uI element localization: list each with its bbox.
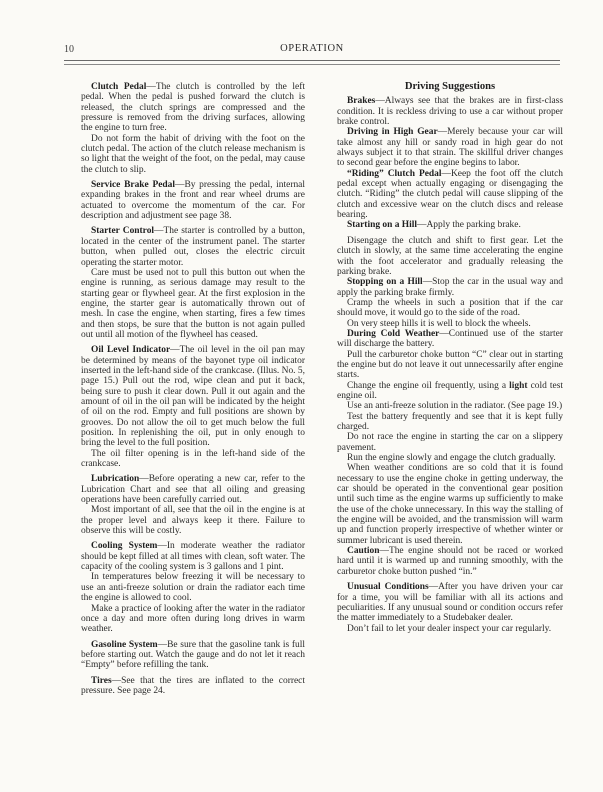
paragraph-text: On very steep hills it is well to block … xyxy=(347,319,531,329)
paragraph: Don’t fail to let your dealer inspect yo… xyxy=(337,624,563,634)
paragraph: Cramp the wheels in such a position that… xyxy=(337,298,563,319)
paragraph-text: Cramp the wheels in such a position that… xyxy=(337,298,563,318)
paragraph-text: —The oil level in the oil pan may be det… xyxy=(81,345,305,448)
run-in-heading: During Cold Weather xyxy=(347,329,439,339)
paragraph: Disengage the clutch and shift to first … xyxy=(337,236,563,277)
paragraph-oil-level-indicator: Oil Level Indicator—The oil level in the… xyxy=(81,345,305,448)
paragraph-text: Do not form the habit of driving with th… xyxy=(81,134,305,175)
paragraph: Change the engine oil frequently, using … xyxy=(337,381,563,402)
paragraph-text: Don’t fail to let your dealer inspect yo… xyxy=(347,624,551,634)
paragraph-gasoline-system: Gasoline System—Be sure that the gasolin… xyxy=(81,640,305,671)
run-in-heading: Stopping on a Hill xyxy=(347,277,423,287)
paragraph-text: Make a practice of looking after the wat… xyxy=(81,604,305,635)
run-in-heading: Service Brake Pedal xyxy=(91,180,175,190)
section-title: Driving Suggestions xyxy=(337,82,563,92)
paragraph-cooling-system: Cooling System—In moderate weather the r… xyxy=(81,541,305,572)
paragraph-riding-clutch-pedal: “Riding” Clutch Pedal—Keep the foot off … xyxy=(337,169,563,221)
paragraph-text: Pull the carburetor choke button “C” cle… xyxy=(337,350,563,381)
run-in-heading: Gasoline System xyxy=(91,640,158,650)
run-in-heading: Lubrication xyxy=(91,474,139,484)
paragraph-lubrication: Lubrication—Before operating a new car, … xyxy=(81,474,305,505)
run-in-heading: Starter Control xyxy=(91,226,154,236)
paragraph-starter-control: Starter Control—The starter is controlle… xyxy=(81,226,305,267)
emphasis-light: light xyxy=(509,381,527,391)
paragraph-text: —See that the tires are inflated to the … xyxy=(81,676,305,696)
run-in-heading: Caution xyxy=(347,546,380,556)
paragraph: The oil filter opening is in the left-ha… xyxy=(81,449,305,470)
run-in-heading: “Riding” Clutch Pedal xyxy=(347,169,442,179)
paragraph-text: Test the battery frequently and see that… xyxy=(337,412,563,432)
run-in-heading: Oil Level Indicator xyxy=(91,345,170,355)
run-in-heading: Tires xyxy=(91,676,112,686)
paragraph-text: Run the engine slowly and engage the clu… xyxy=(347,453,556,463)
page-header: 10 OPERATION xyxy=(64,40,560,60)
paragraph-starting-on-a-hill: Starting on a Hill—Apply the parking bra… xyxy=(337,220,563,230)
paragraph-during-cold-weather: During Cold Weather—Continued use of the… xyxy=(337,329,563,350)
right-column: Driving Suggestions Brakes—Always see th… xyxy=(337,82,563,634)
paragraph: Most important of all, see that the oil … xyxy=(81,505,305,536)
paragraph-text: The oil filter opening is in the left-ha… xyxy=(81,449,305,469)
run-in-heading: Brakes xyxy=(347,96,375,106)
paragraph-unusual-conditions: Unusual Conditions—After you have driven… xyxy=(337,582,563,623)
paragraph-text: Disengage the clutch and shift to first … xyxy=(337,236,563,277)
paragraph: Do not form the habit of driving with th… xyxy=(81,134,305,175)
run-in-heading: Driving in High Gear xyxy=(347,127,438,137)
paragraph: Care must be used not to pull this butto… xyxy=(81,268,305,340)
left-column: Clutch Pedal—The clutch is controlled by… xyxy=(81,82,305,696)
run-in-heading: Unusual Conditions xyxy=(347,582,429,592)
paragraph-text: Care must be used not to pull this butto… xyxy=(81,268,305,340)
paragraph-text: —Apply the parking brake. xyxy=(417,220,521,230)
paragraph-caution: Caution—The engine should not be raced o… xyxy=(337,546,563,577)
paragraph: On very steep hills it is well to block … xyxy=(337,319,563,329)
run-in-heading: Starting on a Hill xyxy=(347,220,417,230)
paragraph-text: When weather conditions are so cold that… xyxy=(337,463,563,545)
paragraph-service-brake-pedal: Service Brake Pedal—By pressing the peda… xyxy=(81,180,305,221)
paragraph-stopping-on-a-hill: Stopping on a Hill—Stop the car in the u… xyxy=(337,277,563,298)
paragraph: Run the engine slowly and engage the clu… xyxy=(337,453,563,463)
paragraph-tires: Tires—See that the tires are inflated to… xyxy=(81,676,305,697)
paragraph-driving-in-high-gear: Driving in High Gear—Merely because your… xyxy=(337,127,563,168)
paragraph: Pull the carburetor choke button “C” cle… xyxy=(337,350,563,381)
paragraph-clutch-pedal: Clutch Pedal—The clutch is controlled by… xyxy=(81,82,305,134)
paragraph-text: Do not race the engine in starting the c… xyxy=(337,432,563,452)
paragraph-text: Most important of all, see that the oil … xyxy=(81,505,305,536)
paragraph: In temperatures below freezing it will b… xyxy=(81,572,305,603)
paragraph-brakes: Brakes—Always see that the brakes are in… xyxy=(337,96,563,127)
paragraph: When weather conditions are so cold that… xyxy=(337,463,563,546)
paragraph: Make a practice of looking after the wat… xyxy=(81,604,305,635)
paragraph-text: In temperatures below freezing it will b… xyxy=(81,572,305,603)
paragraph: Do not race the engine in starting the c… xyxy=(337,432,563,453)
paragraph: Use an anti-freeze solution in the radia… xyxy=(337,401,563,411)
paragraph: Test the battery frequently and see that… xyxy=(337,412,563,433)
paragraph-text: Change the engine oil frequently, using … xyxy=(347,381,509,391)
running-head: OPERATION xyxy=(64,43,560,54)
paragraph-text: Use an anti-freeze solution in the radia… xyxy=(347,401,562,411)
run-in-heading: Clutch Pedal xyxy=(91,82,146,92)
run-in-heading: Cooling System xyxy=(91,541,157,551)
header-rule xyxy=(64,60,560,65)
